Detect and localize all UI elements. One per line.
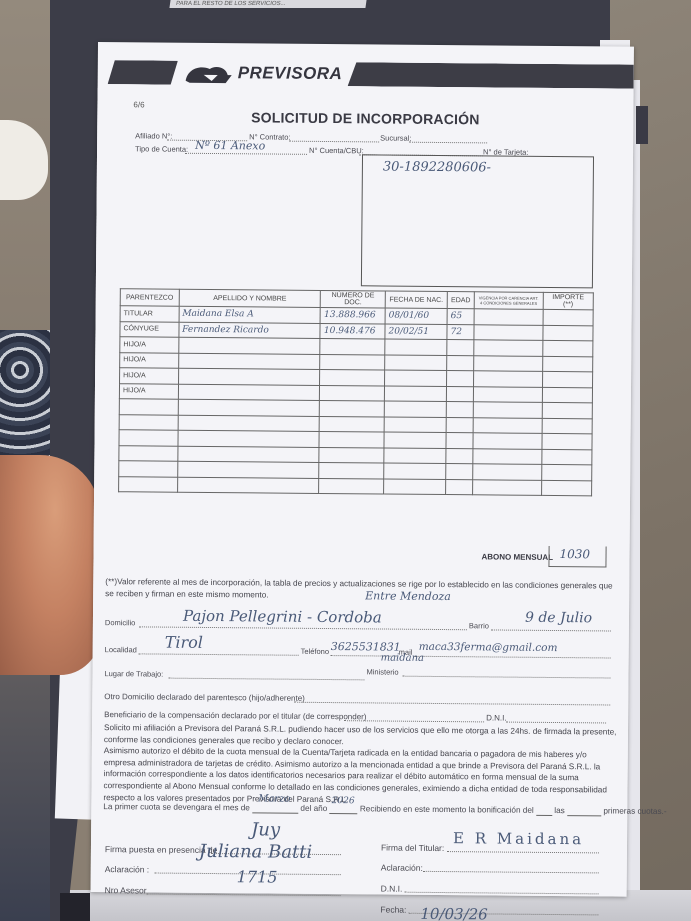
cell-importe[interactable]	[541, 480, 591, 496]
sucursal-field[interactable]	[409, 142, 487, 144]
cell-fecha[interactable]	[385, 370, 447, 386]
cell-fecha[interactable]	[384, 417, 446, 433]
cell-vigencia[interactable]	[473, 386, 542, 402]
cell-importe[interactable]	[541, 464, 591, 480]
cell-fecha[interactable]	[384, 401, 446, 417]
header-band-right	[348, 62, 634, 88]
cuota-prefix: La primer cuota se devengara el mes de	[103, 802, 250, 812]
dni-right-label: D.N.I.	[381, 883, 403, 893]
cell-importe[interactable]	[542, 371, 592, 387]
cell-vigencia[interactable]	[474, 355, 543, 371]
cell-parentezco: HIJO/A	[120, 368, 179, 384]
mail-value: maca33ferma@gmail.com	[419, 641, 558, 654]
telefono-label: Teléfono	[301, 647, 329, 656]
cell-importe[interactable]	[542, 402, 592, 418]
top-sheet-strip: PARA EL RESTO DE LOS SERVICIOS...	[169, 0, 366, 8]
cell-doc[interactable]: 10.948.476	[320, 323, 385, 339]
cell-parentezco: HIJO/A	[120, 352, 179, 368]
beneficiario-dni-field[interactable]	[506, 722, 606, 724]
trabajo-field[interactable]	[168, 678, 364, 681]
cell-doc[interactable]	[320, 416, 385, 432]
domicilio-value: Pajon Pellegrini - Cordoba	[183, 607, 382, 627]
cell-vigencia[interactable]	[474, 340, 543, 356]
domicilio-extra-value: Entre Mendoza	[365, 589, 451, 603]
cuenta-cbu-label: N° Cuenta/CBU:	[309, 146, 364, 155]
cell-doc[interactable]	[320, 369, 385, 385]
dni-right-field[interactable]	[405, 892, 599, 895]
cell-nombre[interactable]	[178, 337, 320, 354]
tipo-cuenta-value: Nº 61 Anexo	[195, 139, 265, 153]
barrio-label: Barrio	[469, 621, 489, 630]
cell-edad[interactable]	[446, 464, 473, 480]
beneficiario-label: Beneficiario de la compensación declarad…	[104, 710, 366, 721]
asesor-value: 1715	[237, 867, 278, 886]
form-title: SOLICITUD DE INCORPORACIÓN	[97, 108, 633, 129]
cuotas-count-field[interactable]	[567, 806, 601, 816]
fecha-value: 10/03/26	[420, 905, 488, 921]
cell-importe[interactable]	[542, 356, 592, 372]
localidad-field[interactable]	[139, 653, 299, 655]
card-number-value: 30-1892280606-	[383, 159, 491, 175]
cuota-mes-value: Marzo	[258, 793, 290, 804]
back-sheet-header-band	[636, 106, 648, 144]
tipo-cuenta-field[interactable]	[185, 153, 307, 155]
cell-fecha[interactable]	[384, 432, 446, 448]
cell-vigencia[interactable]	[473, 433, 542, 449]
cell-nombre[interactable]	[177, 477, 319, 494]
cell-nombre[interactable]	[178, 415, 320, 432]
cell-doc[interactable]	[320, 338, 385, 354]
cell-nombre[interactable]	[178, 368, 320, 385]
barrio-value: 9 de Julio	[525, 610, 592, 627]
cell-doc[interactable]	[319, 462, 384, 478]
cell-nombre[interactable]: Maidana Elsa A	[179, 306, 321, 323]
cell-parentezco	[119, 476, 178, 492]
cell-doc[interactable]	[319, 431, 384, 447]
cell-parentezco: HIJO/A	[119, 383, 178, 399]
form-body: 6/6 SOLICITUD DE INCORPORACIÓN Afiliado …	[91, 88, 634, 897]
cell-edad[interactable]	[447, 340, 474, 356]
cell-nombre[interactable]	[178, 399, 320, 416]
cell-edad[interactable]	[447, 355, 474, 371]
aclaracion-right-label: Aclaración:	[381, 862, 423, 872]
asesor-label: Nro Asesor	[105, 885, 147, 895]
cell-edad[interactable]	[446, 433, 473, 449]
cell-nombre[interactable]	[178, 446, 320, 463]
bonificacion-text: Recibiendo en este momento la bonificaci…	[360, 804, 534, 815]
otro-domicilio-label: Otro Domicilio declarado del parentesco …	[104, 692, 305, 703]
cell-doc[interactable]: 13.888.966	[321, 307, 386, 323]
cell-doc[interactable]	[319, 478, 384, 494]
aclaracion-left-label: Aclaración :	[105, 864, 150, 874]
bonificacion-field[interactable]	[536, 806, 552, 816]
cell-edad[interactable]	[446, 417, 473, 433]
price-note: (**)Valor referente al mes de incorporac…	[105, 576, 621, 604]
barrio-field[interactable]	[491, 629, 611, 631]
cell-importe[interactable]	[542, 433, 592, 449]
beneficiario-field[interactable]	[344, 720, 484, 722]
cell-edad[interactable]	[446, 448, 473, 464]
bonificacion-las: las	[554, 806, 565, 815]
cell-vigencia[interactable]	[473, 402, 542, 418]
cell-parentezco	[119, 414, 178, 430]
titular-signature-field[interactable]	[447, 851, 599, 853]
cell-vigencia[interactable]	[474, 309, 543, 325]
previsora-logo-icon	[182, 61, 234, 85]
cell-importe[interactable]	[542, 387, 592, 403]
aclaracion-right-field[interactable]	[423, 871, 599, 874]
contrato-field[interactable]	[289, 141, 379, 143]
table-row	[119, 476, 592, 496]
cell-importe[interactable]	[543, 309, 593, 325]
cell-importe[interactable]	[542, 418, 592, 434]
cell-nombre[interactable]	[178, 430, 320, 447]
cell-vigencia[interactable]	[473, 464, 542, 480]
cell-importe[interactable]	[542, 449, 592, 465]
cell-fecha[interactable]	[384, 479, 446, 495]
cell-doc[interactable]	[320, 354, 385, 370]
brand-name: PREVISORA	[238, 63, 343, 84]
mail-field[interactable]	[415, 656, 611, 659]
cell-edad[interactable]: 72	[447, 324, 474, 340]
cell-fecha[interactable]	[384, 386, 446, 402]
hand-thumb	[0, 455, 100, 675]
aclaracion-left-value: Juliana Batti	[199, 841, 312, 863]
col-nombre: APELLIDO Y NOMBRE	[179, 289, 321, 307]
cell-parentezco	[119, 445, 178, 461]
presencia-signature: Juy	[251, 819, 280, 840]
abono-mensual-field[interactable]: 1030	[548, 546, 606, 568]
sucursal-label: Sucursal:	[380, 133, 411, 142]
cell-parentezco: CÓNYUGE	[120, 321, 179, 337]
cell-doc[interactable]	[319, 447, 384, 463]
localidad-value: Tirol	[165, 633, 203, 652]
trabajo-label: Lugar de Trabajo:	[104, 669, 163, 679]
cell-importe[interactable]	[543, 325, 593, 341]
cell-nombre[interactable]	[178, 353, 320, 370]
abono-mensual-label: ABONO MENSUAL	[481, 552, 553, 562]
cell-parentezco	[119, 461, 178, 477]
cell-fecha[interactable]: 08/01/60	[385, 308, 447, 324]
cell-nombre[interactable]: Fernandez Ricardo	[179, 322, 321, 339]
card-number-box[interactable]: 30-1892280606-	[361, 154, 594, 288]
cell-parentezco: HIJO/A	[120, 337, 179, 353]
cuota-mes-field[interactable]: Marzo	[252, 803, 298, 813]
col-fecha: FECHA DE NAC.	[385, 291, 447, 309]
titular-signature-label: Firma del Titular:	[381, 843, 444, 854]
cell-edad[interactable]	[446, 386, 473, 402]
primeras-cuotas: primeras cuotas.-	[603, 806, 666, 816]
cell-vigencia[interactable]	[473, 479, 542, 495]
cell-edad[interactable]: 65	[447, 309, 474, 325]
col-edad: EDAD	[447, 292, 474, 309]
binder-corner	[60, 893, 90, 921]
cell-edad[interactable]	[446, 479, 473, 495]
cell-fecha[interactable]	[384, 448, 446, 464]
cuota-anio-field[interactable]: 2026	[330, 804, 358, 814]
domicilio-label: Domicilio	[105, 618, 135, 627]
tipo-cuenta-label: Tipo de Cuenta:	[135, 144, 188, 153]
cell-vigencia[interactable]	[474, 324, 543, 340]
cell-parentezco	[119, 399, 178, 415]
cell-fecha[interactable]	[384, 463, 446, 479]
otro-domicilio-field[interactable]	[294, 702, 610, 706]
cell-vigencia[interactable]	[473, 448, 542, 464]
terms-debit-authorization: Asimismo autorizo el débito de la cuota …	[103, 745, 619, 808]
cell-nombre[interactable]	[178, 384, 320, 401]
cell-fecha[interactable]	[385, 339, 447, 355]
cell-parentezco: TITULAR	[120, 306, 179, 322]
ministerio-label: Ministerio	[366, 667, 398, 676]
abono-mensual-value: 1030	[559, 547, 590, 561]
localidad-label: Localidad	[105, 645, 137, 654]
col-importe: IMPORTE (**)	[543, 292, 593, 309]
col-parentezco: PARENTEZCO	[120, 289, 179, 307]
cell-fecha[interactable]	[385, 355, 447, 371]
cuota-anio-label: del año	[300, 804, 327, 813]
col-doc: NÚMERO DE DOC.	[321, 290, 386, 308]
cuota-anio-value: 2026	[332, 796, 355, 806]
cell-nombre[interactable]	[177, 461, 319, 478]
mail-extra-value: maidana	[381, 652, 425, 663]
form-header: PREVISORA	[98, 56, 634, 93]
members-table: PARENTEZCO APELLIDO Y NOMBRE NÚMERO DE D…	[118, 288, 594, 496]
cell-doc[interactable]	[320, 400, 385, 416]
cell-edad[interactable]	[446, 402, 473, 418]
header-band-left	[108, 60, 178, 85]
application-form: PREVISORA 6/6 SOLICITUD DE INCORPORACIÓN…	[91, 42, 634, 897]
domicilio-field[interactable]	[139, 626, 467, 630]
cell-parentezco	[119, 430, 178, 446]
cell-fecha[interactable]: 20/02/51	[385, 324, 447, 340]
cell-edad[interactable]	[447, 371, 474, 387]
ministerio-field[interactable]	[402, 676, 610, 679]
col-vigencia: VIGENCIA POR CARENCIA ART. 4 CONDICIONES…	[474, 292, 543, 310]
cell-vigencia[interactable]	[473, 417, 542, 433]
cell-vigencia[interactable]	[474, 371, 543, 387]
cell-importe[interactable]	[543, 340, 593, 356]
beneficiario-dni-label: D.N.I.	[486, 713, 507, 722]
cell-doc[interactable]	[320, 385, 385, 401]
fecha-label: Fecha:	[380, 904, 406, 914]
titular-signature-value: E R Maidana	[453, 829, 584, 848]
